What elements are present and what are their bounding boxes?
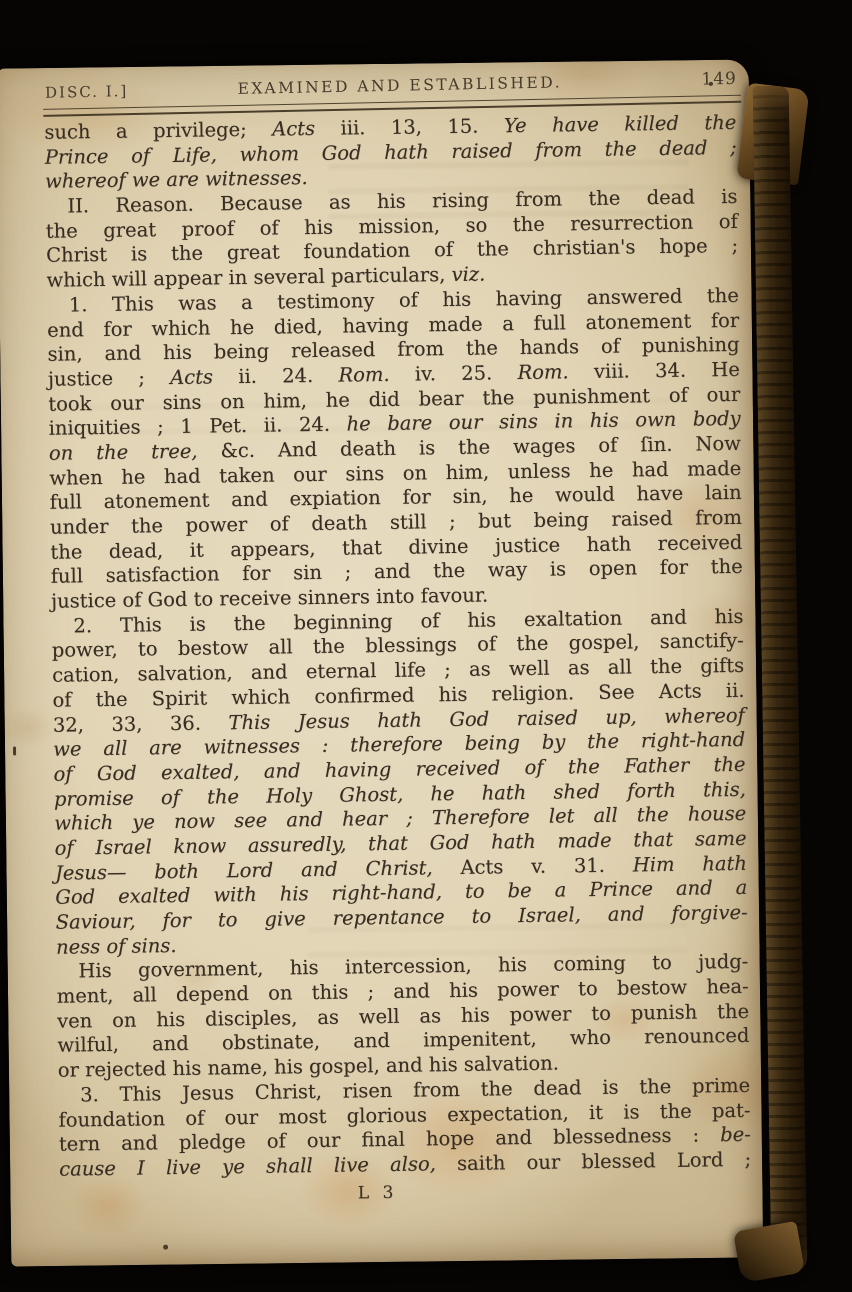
book-cover-corner-bottom — [733, 1221, 805, 1283]
ink-speck — [709, 82, 713, 86]
book-page: DISC. I.] EXAMINED AND ESTABLISHED. 149 … — [0, 59, 763, 1266]
header-section-label: DISC. I.] — [45, 82, 129, 102]
text-column: such a privilege; Acts iii. 13, 15. Ye h… — [44, 111, 752, 1210]
page-number: 149 — [701, 69, 737, 90]
scan-background: DISC. I.] EXAMINED AND ESTABLISHED. 149 … — [0, 0, 852, 1292]
header-running-title: EXAMINED AND ESTABLISHED. — [128, 71, 702, 101]
ink-speck — [163, 1245, 168, 1250]
ink-speck — [13, 746, 16, 755]
